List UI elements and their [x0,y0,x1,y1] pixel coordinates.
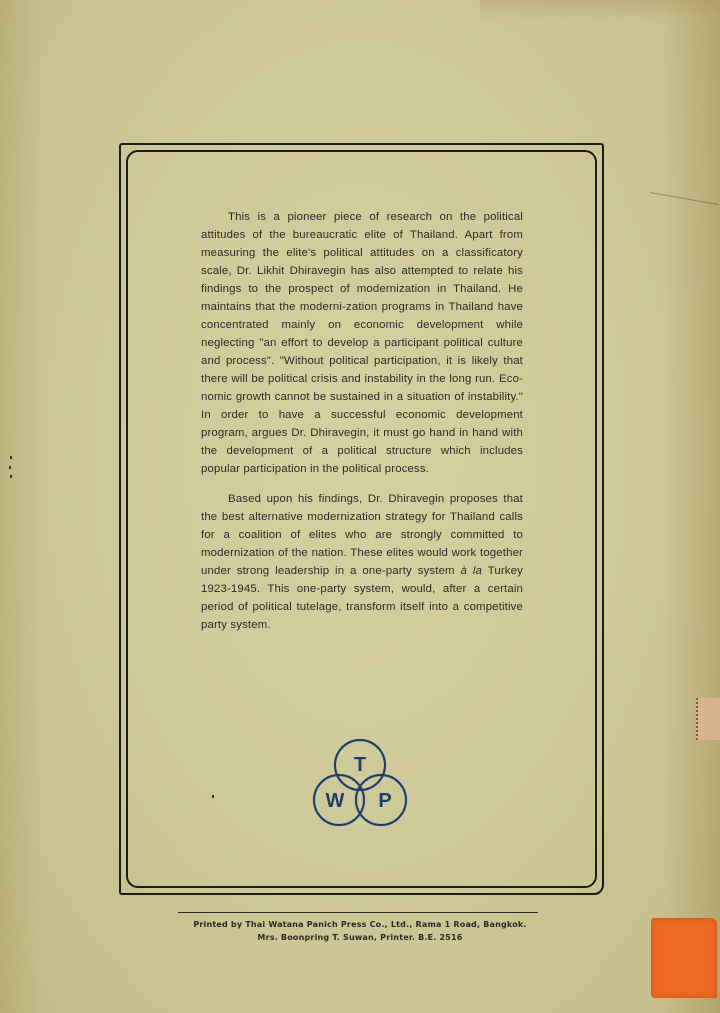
imprint-divider [178,912,538,913]
blurb-paragraph-2: Based upon his findings, Dr. Dhiravegin … [201,490,523,634]
logo-letter-t: T [354,754,366,776]
blurb-text: This is a pioneer piece of research on t… [201,208,523,646]
book-back-cover: This is a pioneer piece of research on t… [0,0,720,1013]
paper-stain [480,0,720,20]
torn-tape-remnant [696,698,720,740]
paragraph-2-italic: à la [461,565,483,577]
imprint-line-2: Mrs. Boonpring T. Suwan, Printer. B.E. 2… [170,931,550,944]
logo-letter-w: W [326,790,345,812]
twp-logo-icon: T W P [309,736,411,832]
blurb-paragraph-1: This is a pioneer piece of research on t… [201,208,523,478]
paper-speck [10,475,12,478]
logo-letter-p: P [378,790,391,812]
orange-sticker-remnant [651,918,717,998]
printer-imprint: Printed by Thai Watana Panich Press Co.,… [170,918,550,944]
paper-speck [9,466,11,469]
paper-speck [212,795,214,798]
imprint-line-1: Printed by Thai Watana Panich Press Co.,… [170,918,550,931]
paper-speck [10,456,12,459]
paper-crease [650,192,719,205]
